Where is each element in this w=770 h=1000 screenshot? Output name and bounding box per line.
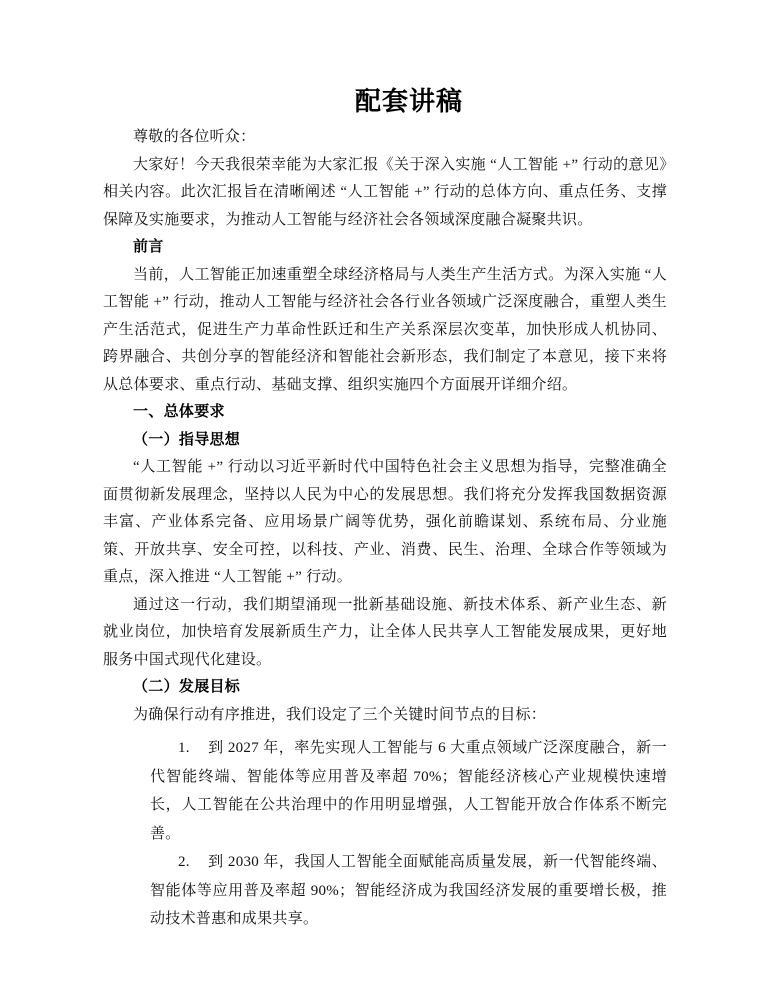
guiding-ideology-paragraph: “人工智能 +” 行动以习近平新时代中国特色社会主义思想为指导，完整准确全面贯彻… <box>103 454 667 592</box>
salutation: 尊敬的各位听众： <box>103 124 667 152</box>
foreword-paragraph: 当前，人工智能正加速重塑全球经济格局与人类生产生活方式。为深入实施 “人工智能 … <box>103 262 667 400</box>
document-title: 配套讲稿 <box>0 0 770 118</box>
document-body: 尊敬的各位听众： 大家好！今天我很荣幸能为大家汇报《关于深入实施 “人工智能 +… <box>103 124 667 934</box>
list-item-text: 到 2030 年，我国人工智能全面赋能高质量发展，新一代智能终端、智能体等应用普… <box>150 854 667 927</box>
intro-paragraph: 大家好！今天我很荣幸能为大家汇报《关于深入实施 “人工智能 +” 行动的意见》相… <box>103 152 667 235</box>
subsection-heading-guiding-ideology: （一）指导思想 <box>103 427 667 455</box>
goals-lead-in-paragraph: 为确保行动有序推进，我们设定了三个关键时间节点的目标： <box>103 702 667 730</box>
subsection-heading-development-goals: （二）发展目标 <box>103 674 667 702</box>
expected-outcomes-paragraph: 通过这一行动，我们期望涌现一批新基础设施、新技术体系、新产业生态、新就业岗位，加… <box>103 592 667 675</box>
list-number: 2. <box>178 854 190 870</box>
goal-list-item-2027: 1.到 2027 年，率先实现人工智能与 6 大重点领域广泛深度融合，新一代智能… <box>103 734 667 848</box>
section-heading-overall-requirements: 一、总体要求 <box>103 399 667 427</box>
list-item-text: 到 2027 年，率先实现人工智能与 6 大重点领域广泛深度融合，新一代智能终端… <box>150 740 667 842</box>
list-number: 1. <box>178 740 190 756</box>
goal-list-item-2030: 2.到 2030 年，我国人工智能全面赋能高质量发展，新一代智能终端、智能体等应… <box>103 848 667 934</box>
document-page: 配套讲稿 尊敬的各位听众： 大家好！今天我很荣幸能为大家汇报《关于深入实施 “人… <box>0 0 770 1000</box>
section-heading-foreword: 前言 <box>103 234 667 262</box>
